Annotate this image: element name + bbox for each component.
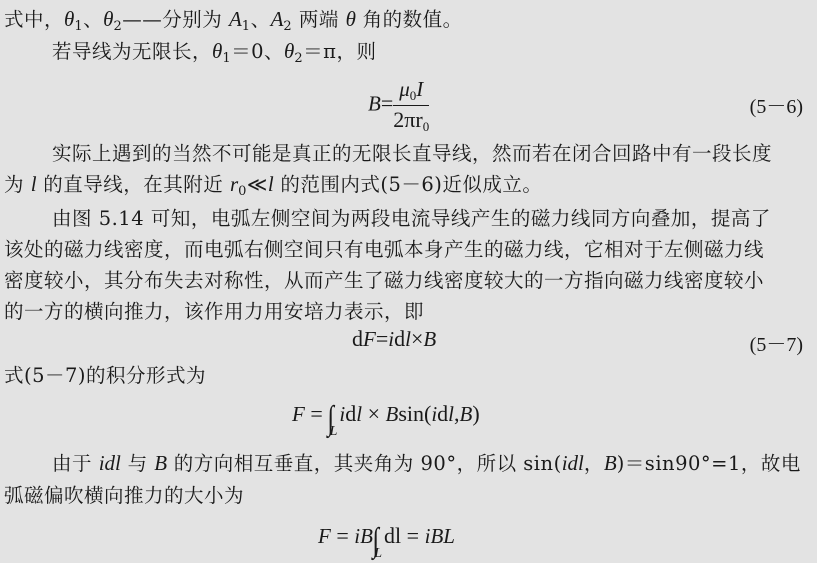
integral-sign: ∫ bbox=[372, 522, 379, 560]
text: 若导线为无限长， bbox=[52, 40, 212, 63]
subscript: 2 bbox=[283, 19, 292, 34]
equals: = bbox=[376, 326, 388, 351]
var-B: B bbox=[604, 451, 617, 475]
var-B: B bbox=[430, 524, 443, 548]
text: 由于 bbox=[52, 452, 99, 475]
equals: = bbox=[331, 523, 354, 548]
text-line: 由于 idl 与 B 的方向相互垂直，其夹角为 90°，所以 sin(idl，B… bbox=[52, 448, 801, 476]
text: )＝sin90°=1，故电 bbox=[617, 452, 801, 475]
text: 角的数值。 bbox=[356, 8, 463, 31]
text: ＝0、 bbox=[231, 40, 284, 63]
var-L: L bbox=[443, 524, 455, 548]
equation-5-6: B=μ0I2πr0 bbox=[368, 76, 429, 135]
theta-symbol: θ bbox=[103, 7, 113, 31]
subscript: 2 bbox=[113, 19, 122, 34]
denominator: 2πr0 bbox=[393, 106, 429, 135]
subscript: 0 bbox=[238, 184, 247, 199]
var-B: B bbox=[423, 327, 436, 351]
equals: = bbox=[401, 523, 424, 548]
subscript: 2 bbox=[294, 51, 303, 66]
text: 、 bbox=[251, 8, 271, 31]
text: 的直导线，在其附近 bbox=[37, 173, 230, 196]
text: 式中， bbox=[4, 8, 64, 31]
den-text: 2πr bbox=[393, 107, 422, 132]
var-F: F bbox=[363, 327, 376, 351]
d: d bbox=[394, 326, 405, 351]
var-F: F bbox=[292, 402, 305, 426]
equation-5-7: dF=idl×B bbox=[352, 326, 436, 352]
subscript: 0 bbox=[423, 119, 430, 134]
var-B: B bbox=[385, 402, 398, 426]
d: d bbox=[437, 401, 448, 426]
var-idl: idl bbox=[562, 451, 584, 475]
text: 的方向相互垂直，其夹角为 90°，所以 sin( bbox=[167, 452, 562, 475]
integral-sign: ∫ bbox=[328, 400, 335, 438]
text: 两端 bbox=[292, 8, 345, 31]
text: ， bbox=[584, 452, 604, 475]
var-B: B bbox=[360, 524, 373, 548]
text: 与 bbox=[121, 452, 154, 475]
times: × bbox=[411, 326, 423, 351]
text: 为 bbox=[4, 173, 31, 196]
var-B: B bbox=[368, 92, 381, 116]
text-line: 该处的磁力线密度，而电弧右侧空间只有电弧本身产生的磁力线，它相对于左侧磁力线 bbox=[4, 234, 764, 262]
text-line: 弧磁偏吹横向推力的大小为 bbox=[4, 480, 244, 508]
text: 、 bbox=[83, 8, 103, 31]
text-line: 为 l 的直导线，在其附近 r0≪l 的范围内式(5－6)近似成立。 bbox=[4, 169, 542, 199]
theta-symbol: θ bbox=[64, 7, 74, 31]
subscript: 1 bbox=[222, 51, 231, 66]
theta-symbol: θ bbox=[284, 39, 294, 63]
sin: sin( bbox=[398, 401, 431, 426]
var-I: I bbox=[416, 77, 423, 101]
dl: dl bbox=[384, 523, 401, 548]
text-line: 实际上遇到的当然不可能是真正的无限长直导线，然而若在闭合回路中有一段长度 bbox=[52, 138, 772, 166]
subscript: 1 bbox=[74, 19, 83, 34]
equation-number: (5－7) bbox=[750, 328, 803, 357]
subscript: 1 bbox=[242, 19, 251, 34]
theta-symbol: θ bbox=[212, 39, 222, 63]
d: d bbox=[345, 401, 356, 426]
text-line: 式(5－7)的积分形式为 bbox=[4, 360, 206, 388]
paren: ) bbox=[472, 401, 479, 426]
text: ＝π，则 bbox=[303, 40, 376, 63]
var-F: F bbox=[318, 524, 331, 548]
var-idl: idl bbox=[99, 451, 121, 475]
numerator: μ0I bbox=[393, 76, 429, 106]
equals: = bbox=[305, 401, 328, 426]
var-B: B bbox=[154, 451, 167, 475]
equals: = bbox=[381, 91, 393, 116]
mu-symbol: μ bbox=[399, 77, 410, 101]
var-r: r bbox=[230, 172, 238, 196]
equation-final: F = iB∫Ldl = iBL bbox=[318, 522, 455, 562]
text-line: 的一方的横向推力，该作用力用安培力表示，即 bbox=[4, 296, 424, 324]
var-B: B bbox=[460, 402, 473, 426]
text: ——分别为 bbox=[122, 8, 229, 31]
text-line: 由图 5.14 可知，电弧左侧空间为两段电流导线产生的磁力线同方向叠加，提高了 bbox=[52, 203, 771, 231]
fraction: μ0I2πr0 bbox=[393, 76, 429, 135]
d: d bbox=[352, 326, 363, 351]
equation-integral: F = ∫Lidl × Bsin(idl,B) bbox=[292, 400, 480, 440]
text-line: 式中，θ1、θ2——分别为 A1、A2 两端 θ 角的数值。 bbox=[4, 4, 463, 34]
text: ≪ bbox=[247, 173, 268, 196]
theta-symbol: θ bbox=[346, 7, 356, 31]
text-line: 密度较小，其分布失去对称性，从而产生了磁力线密度较大的一方指向磁力线密度较小 bbox=[4, 265, 764, 293]
text: 的范围内式(5－6)近似成立。 bbox=[274, 173, 543, 196]
var-A: A bbox=[229, 7, 242, 31]
var-A: A bbox=[271, 7, 284, 31]
equation-number: (5－6) bbox=[750, 90, 803, 119]
times: × bbox=[362, 401, 385, 426]
text-line: 若导线为无限长，θ1＝0、θ2＝π，则 bbox=[52, 36, 376, 66]
